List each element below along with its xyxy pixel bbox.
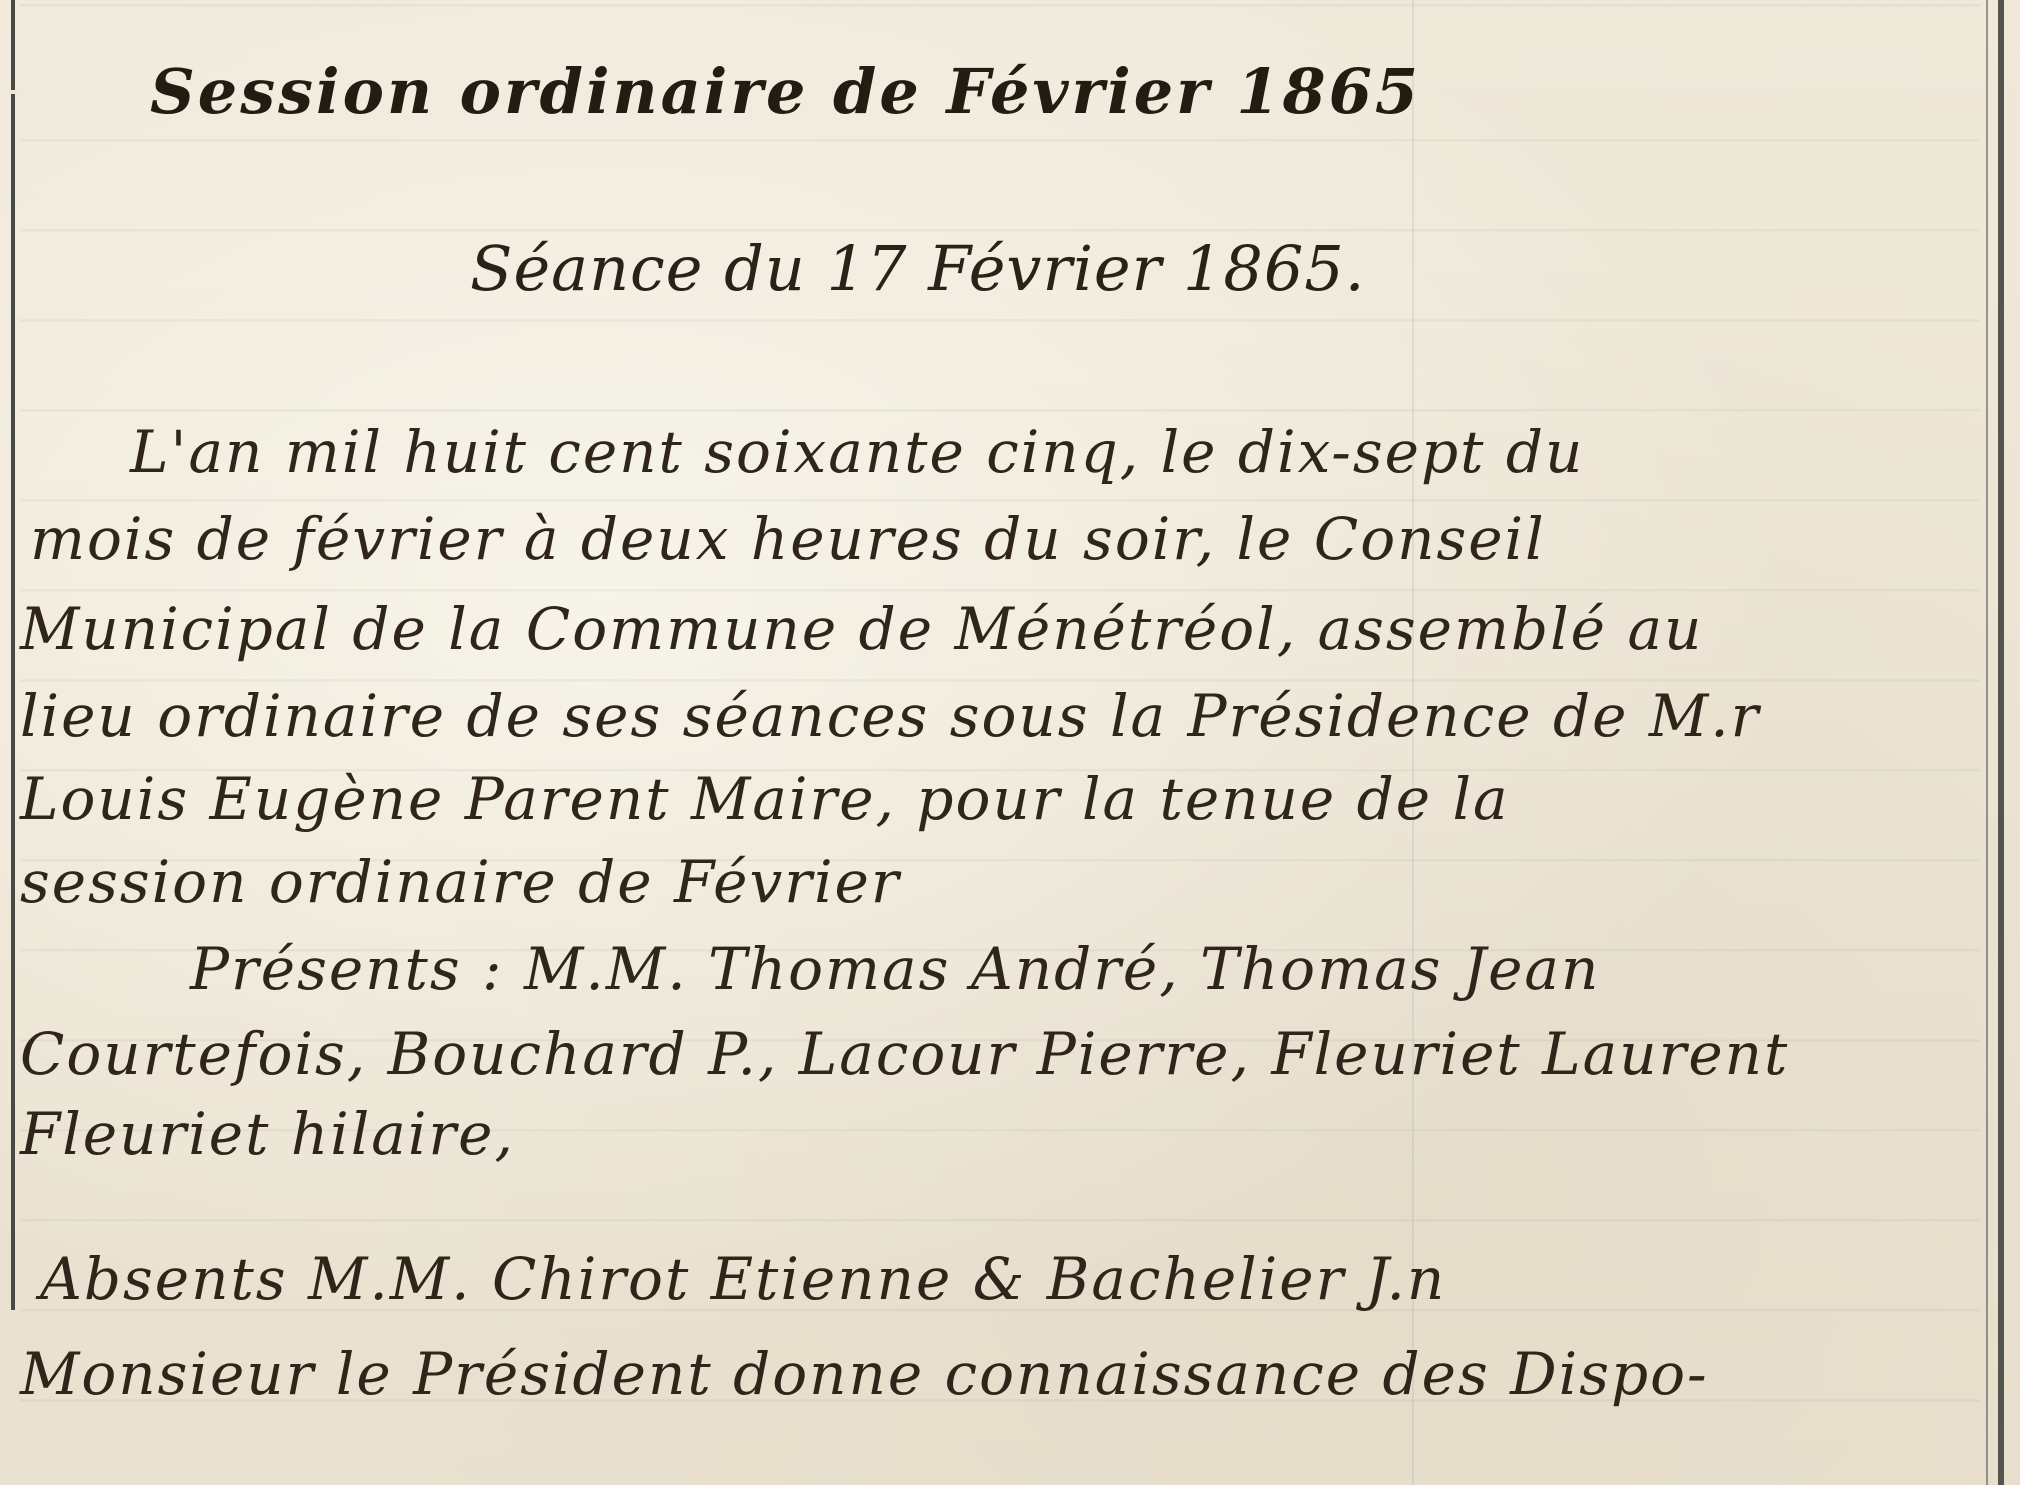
text-line-2: mois de février à deux heures du soir, l…: [30, 505, 1546, 573]
text-line-1: L'an mil huit cent soixante cinq, le dix…: [130, 418, 1584, 486]
manuscript-page: Session ordinaire de Février 1865 Séance…: [0, 0, 2020, 1485]
left-border-notch: [9, 90, 17, 94]
left-border-rule: [11, 0, 15, 1310]
right-border-thin-rule: [1986, 0, 1988, 1485]
text-line-11: Monsieur le Président donne connaissance…: [20, 1340, 1709, 1408]
text-line-5: Louis Eugène Parent Maire, pour la tenue…: [20, 765, 1510, 833]
session-heading: Session ordinaire de Février 1865: [150, 55, 1421, 128]
text-line-9: Fleuriet hilaire,: [20, 1100, 515, 1168]
text-line-6: session ordinaire de Février: [20, 848, 901, 916]
text-line-8: Courtefois, Bouchard P., Lacour Pierre, …: [20, 1020, 1789, 1088]
text-line-10: Absents M.M. Chirot Etienne & Bachelier …: [40, 1245, 1446, 1313]
text-line-4: lieu ordinaire de ses séances sous la Pr…: [20, 682, 1760, 750]
text-line-7: Présents : M.M. Thomas André, Thomas Jea…: [190, 935, 1600, 1003]
right-border-rule: [1998, 0, 2004, 1485]
seance-title: Séance du 17 Février 1865.: [470, 232, 1365, 305]
text-line-3: Municipal de la Commune de Ménétréol, as…: [20, 595, 1703, 663]
